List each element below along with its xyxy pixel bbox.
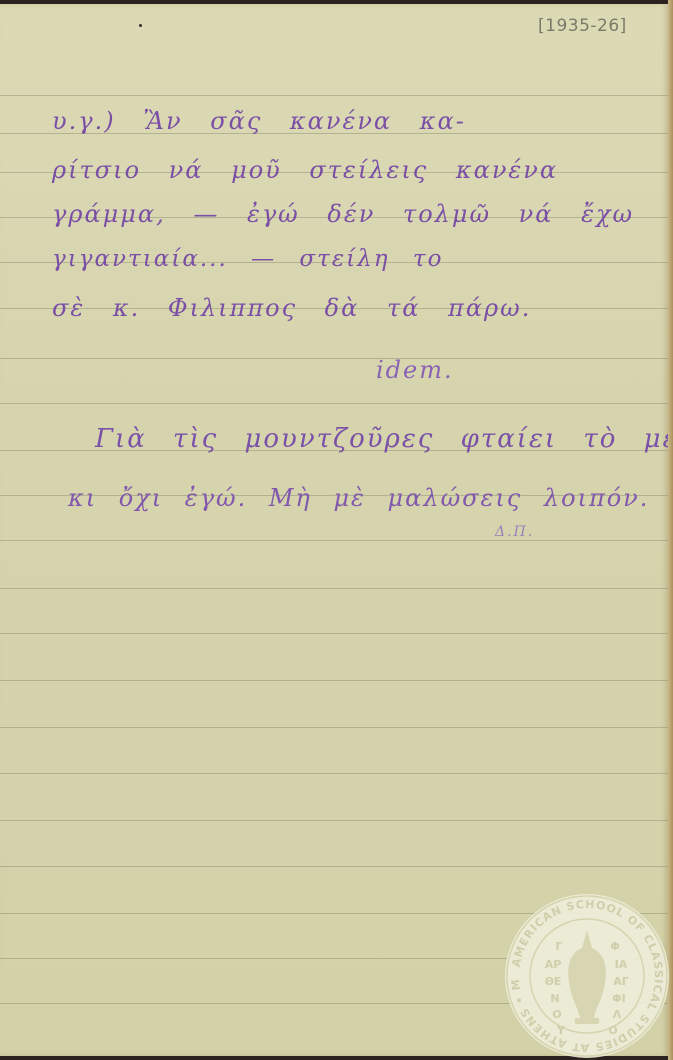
institution-seal-icon: AMERICAN SCHOOL OF CLASSICAL STUDIES AT … [503, 892, 671, 1060]
svg-text:ΙΑ: ΙΑ [615, 958, 628, 971]
ruled-line [0, 820, 668, 821]
svg-text:ΑΡ: ΑΡ [545, 958, 562, 971]
ruled-line [0, 727, 668, 728]
svg-text:Λ: Λ [613, 1008, 622, 1021]
ruled-line [0, 540, 668, 541]
ruled-line [0, 680, 668, 681]
svg-text:Ν: Ν [550, 992, 559, 1005]
ruled-line [0, 403, 668, 404]
handwritten-line: κι ὄχι ἐγώ. Μὴ μὲ μαλώσεις λοιπόν. [68, 484, 649, 512]
svg-text:Υ: Υ [556, 1024, 566, 1037]
handwritten-line: γράμμα, — ἐγώ δέν τολμῶ νά ἔχω [52, 200, 634, 228]
svg-text:ΑΓ: ΑΓ [613, 975, 629, 988]
handwritten-line: ρίτσιο νά μοῦ στείλεις κανένα [52, 156, 558, 184]
handwritten-line: υ.γ.) Ἂν σᾶς κανένα κα- [52, 107, 466, 135]
archive-reference: [1935-26] [538, 16, 627, 36]
svg-text:ΦΙ: ΦΙ [612, 992, 625, 1005]
ink-speck [139, 24, 142, 27]
svg-text:ΘΕ: ΘΕ [545, 975, 562, 988]
ruled-line [0, 633, 668, 634]
ruled-line [0, 866, 668, 867]
initials-signature: Δ.Π. [495, 524, 534, 540]
ruled-line [0, 95, 668, 96]
ruled-line [0, 588, 668, 589]
ruled-line [0, 358, 668, 359]
signature-idem: idem. [376, 356, 454, 384]
handwritten-line: Γιὰ τὶς μουντζοῦρες φταίει τὸ μελάνι [95, 424, 673, 454]
ruled-line [0, 773, 668, 774]
handwritten-line: σὲ κ. Φιλιππος δὰ τά πάρω. [52, 294, 531, 322]
svg-text:Ο: Ο [552, 1008, 561, 1021]
svg-text:Γ: Γ [555, 940, 562, 953]
svg-text:Ο: Ο [608, 1024, 617, 1037]
handwritten-line: γιγαντιαία... — στείλη το [52, 246, 443, 272]
svg-text:Φ: Φ [610, 940, 619, 953]
